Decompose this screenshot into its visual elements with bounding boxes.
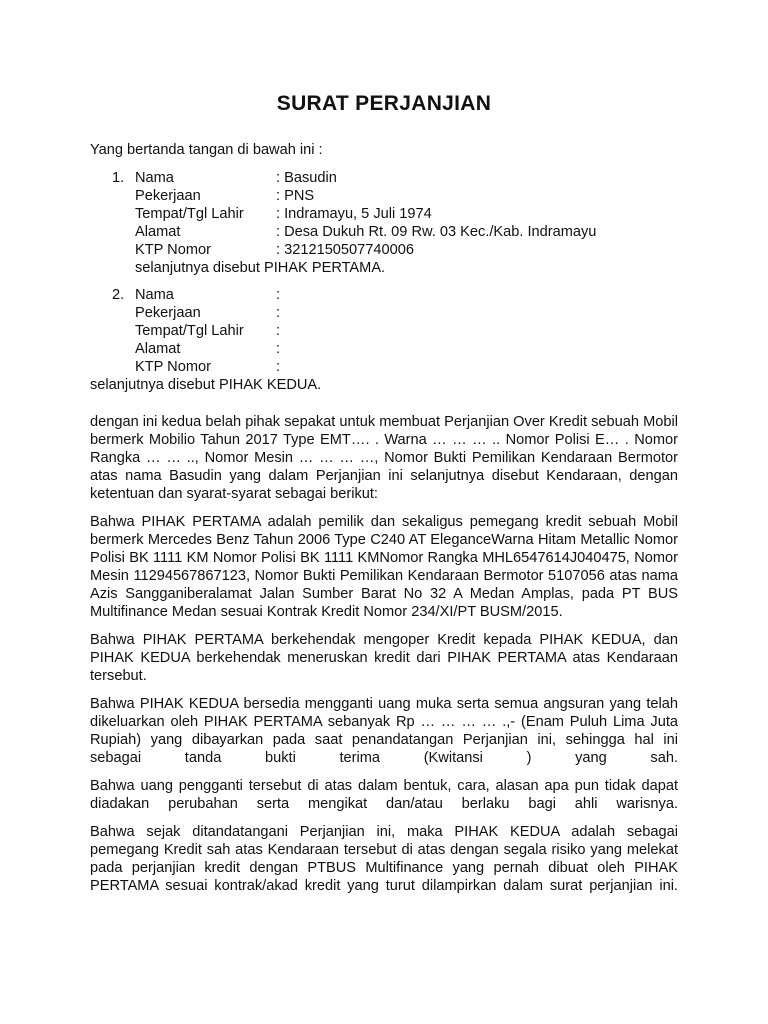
paragraph-binding: Bahwa uang pengganti tersebut di atas da…	[90, 777, 678, 813]
party-one-row-ktp: KTP Nomor : 3212150507740006	[90, 241, 690, 259]
field-label: Alamat	[135, 223, 180, 241]
field-value: : Desa Dukuh Rt. 09 Rw. 03 Kec./Kab. Ind…	[276, 223, 596, 241]
field-value: :	[276, 286, 280, 304]
party-two-row-ktp: KTP Nomor :	[90, 358, 690, 376]
field-value: : Basudin	[276, 169, 337, 187]
field-label: Tempat/Tgl Lahir	[135, 205, 244, 223]
document-title: SURAT PERJANJIAN	[0, 92, 768, 116]
party-two-row-nama: 2. Nama :	[90, 286, 690, 304]
field-value: :	[276, 358, 280, 376]
party-one-row-ttl: Tempat/Tgl Lahir : Indramayu, 5 Juli 197…	[90, 205, 690, 223]
field-label: KTP Nomor	[135, 241, 211, 259]
field-value: : PNS	[276, 187, 314, 205]
field-label: Tempat/Tgl Lahir	[135, 322, 244, 340]
field-label: Nama	[135, 286, 174, 304]
party-two-row-pekerjaan: Pekerjaan :	[90, 304, 690, 322]
party-one-designation: selanjutnya disebut PIHAK PERTAMA.	[135, 259, 385, 277]
field-value: : 3212150507740006	[276, 241, 414, 259]
field-label: Pekerjaan	[135, 304, 201, 322]
party-two-designation: selanjutnya disebut PIHAK KEDUA.	[90, 376, 321, 394]
field-label: Alamat	[135, 340, 180, 358]
field-value: :	[276, 340, 280, 358]
agreement-body: dengan ini kedua belah pihak sepakat unt…	[90, 413, 678, 905]
field-value: :	[276, 304, 280, 322]
party-one-designation-row: selanjutnya disebut PIHAK PERTAMA.	[90, 259, 690, 277]
paragraph-credit-holder: Bahwa sejak ditandatangani Perjanjian in…	[90, 823, 678, 895]
paragraph-credit-transfer: Bahwa PIHAK PERTAMA berkehendak mengoper…	[90, 631, 678, 685]
party-two-row-ttl: Tempat/Tgl Lahir :	[90, 322, 690, 340]
paragraph-payment: Bahwa PIHAK KEDUA bersedia mengganti uan…	[90, 695, 678, 767]
party-two-row-alamat: Alamat :	[90, 340, 690, 358]
party-two-number: 2.	[112, 286, 124, 304]
paragraph-party-one-ownership: Bahwa PIHAK PERTAMA adalah pemilik dan s…	[90, 513, 678, 621]
document-page: SURAT PERJANJIAN Yang bertanda tangan di…	[0, 0, 768, 1024]
field-label: Pekerjaan	[135, 187, 201, 205]
paragraph-vehicle-intro: dengan ini kedua belah pihak sepakat unt…	[90, 413, 678, 503]
party-one-number: 1.	[112, 169, 124, 187]
party-one-row-alamat: Alamat : Desa Dukuh Rt. 09 Rw. 03 Kec./K…	[90, 223, 690, 241]
field-label: Nama	[135, 169, 174, 187]
party-two-designation-row: selanjutnya disebut PIHAK KEDUA.	[90, 376, 690, 394]
party-one-block: 1. Nama : Basudin Pekerjaan : PNS Tempat…	[90, 169, 690, 277]
party-two-block: 2. Nama : Pekerjaan : Tempat/Tgl Lahir :…	[90, 286, 690, 394]
field-value: : Indramayu, 5 Juli 1974	[276, 205, 432, 223]
field-label: KTP Nomor	[135, 358, 211, 376]
party-one-row-nama: 1. Nama : Basudin	[90, 169, 690, 187]
field-value: :	[276, 322, 280, 340]
intro-text: Yang bertanda tangan di bawah ini :	[90, 141, 323, 159]
party-one-row-pekerjaan: Pekerjaan : PNS	[90, 187, 690, 205]
